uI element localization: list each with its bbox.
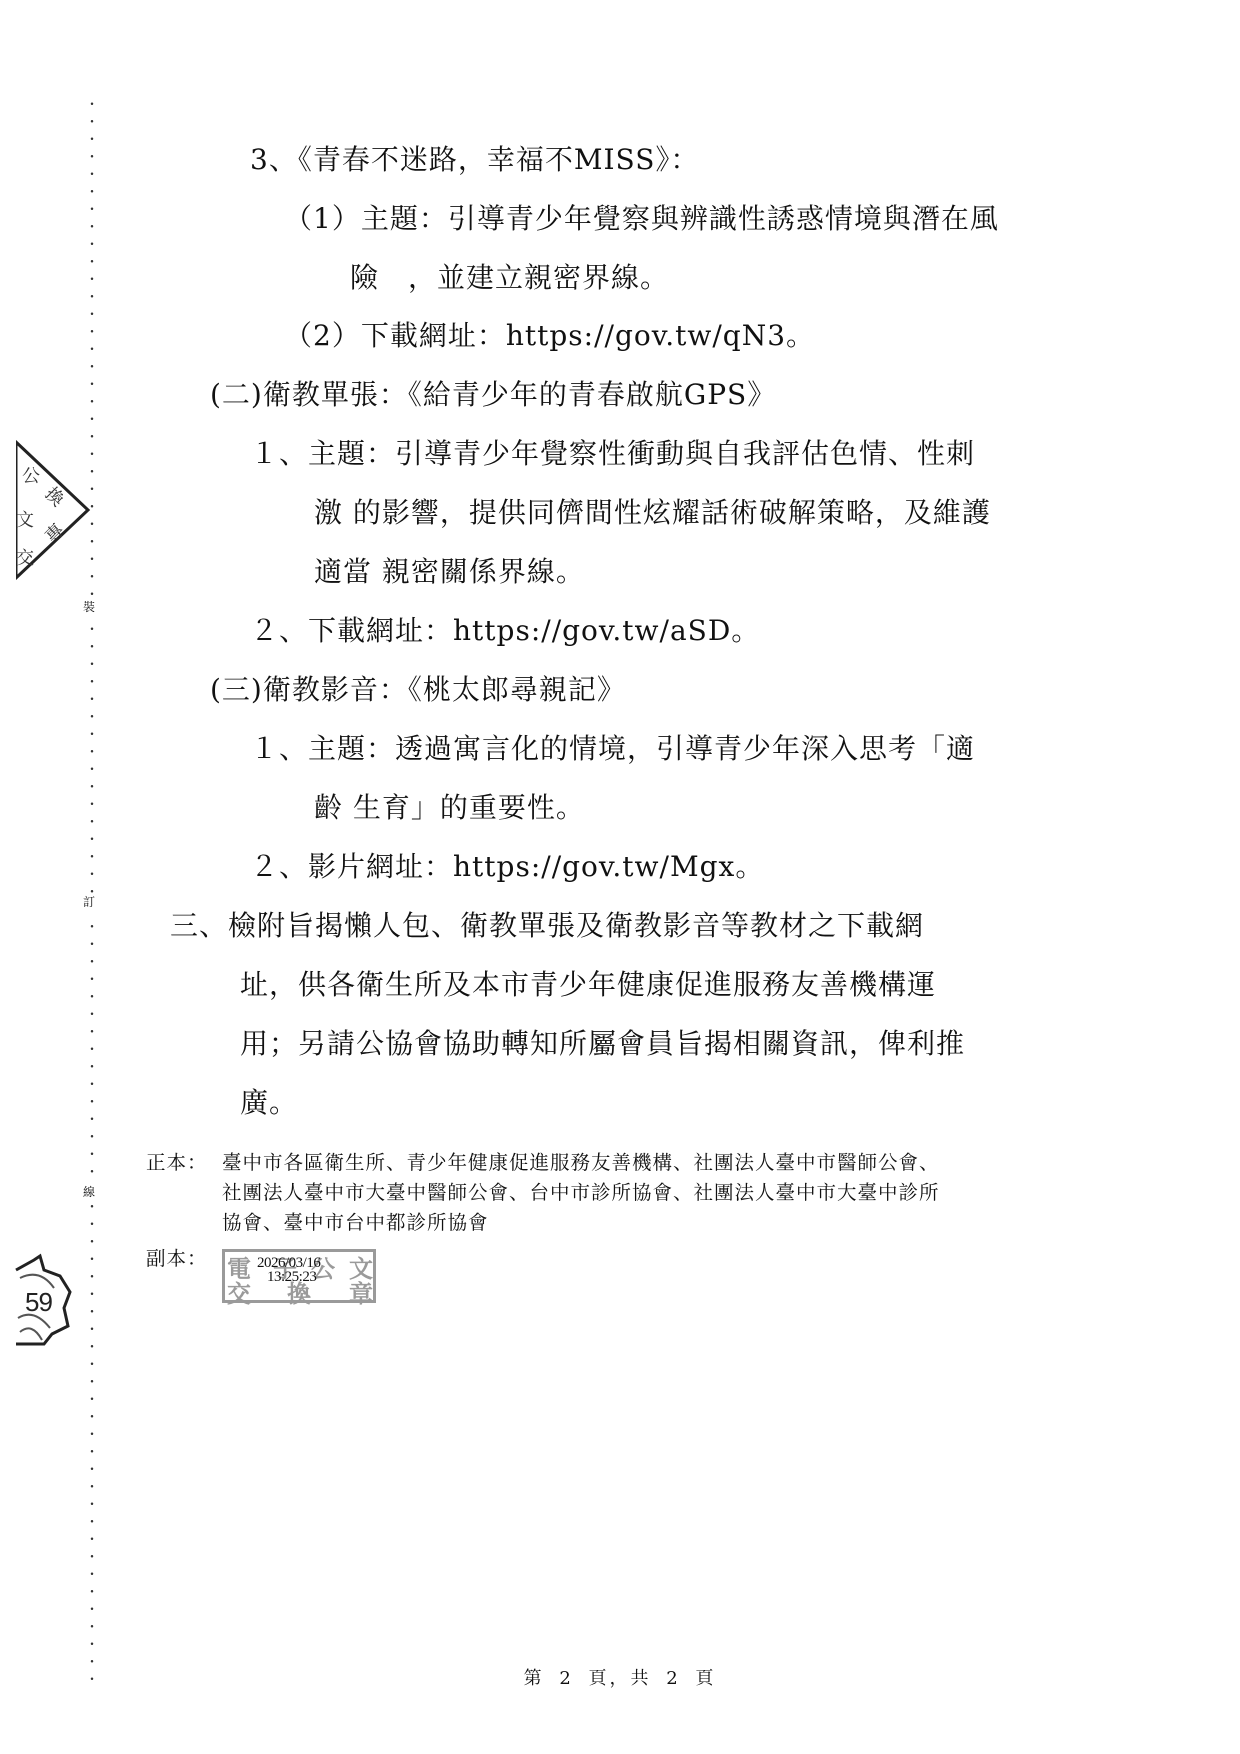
- section3-item1-line2: 齡 生育」的重要性。: [314, 790, 585, 826]
- section2-item1-line2: 激 的影響，提供同儕間性炫耀話術破解策略，及維護: [314, 495, 991, 531]
- item3-sub1-line2: 險 ，並建立親密界線。: [350, 260, 669, 296]
- binding-label-zhuang: 裝: [83, 598, 95, 616]
- section2-item1-line1: １、主題：引導青少年覺察性衝動與自我評估色情、性刺: [250, 436, 975, 472]
- item3-sub1-line1: （1）主題：引導青少年覺察與辨識性誘惑情境與潛在風: [284, 201, 999, 237]
- binding-dotted-line: [88, 95, 96, 1685]
- section2-item1-line3: 適當 親密關係界線。: [314, 554, 585, 590]
- section2-item2-download-url: ２、下載網址：https://gov.tw/aSD。: [250, 613, 760, 649]
- section2-title: (二)衛教單張：《給青少年的青春啟航GPS》: [210, 377, 776, 413]
- item3-title: 3、《青春不迷路，幸福不MISS》：: [250, 142, 699, 178]
- svg-text:公: 公: [22, 466, 40, 487]
- svg-text:交: 交: [16, 548, 34, 569]
- section3-item1-line1: １、主題：透過寓言化的情境，引導青少年深入思考「適: [250, 731, 975, 767]
- paragraph3-line2: 址，供各衛生所及本市青少年健康促進服務友善機構運: [240, 967, 936, 1003]
- seal-number: 59: [25, 1287, 52, 1318]
- copy-recipients-label: 副本：: [146, 1246, 208, 1272]
- electronic-exchange-stamp: 電 子 公 文 交 換 章 2026/03/16 13:25:23: [222, 1249, 376, 1303]
- stamp-time: 13:25:23: [267, 1269, 316, 1286]
- paragraph3-line1: 三、檢附旨揭懶人包、衛教單張及衛教影音等教材之下載網: [170, 908, 924, 944]
- original-recipients-line3: 協會、臺中市台中都診所協會: [222, 1210, 489, 1236]
- section3-title: (三)衛教影音：《桃太郎尋親記》: [210, 672, 626, 708]
- svg-text:專: 專: [41, 520, 69, 548]
- binding-label-ding: 訂: [83, 893, 95, 911]
- section3-item2-video-url: ２、影片網址：https://gov.tw/Mgx。: [250, 849, 764, 885]
- stamp-char: 交: [227, 1274, 251, 1309]
- svg-text:文: 文: [16, 510, 34, 531]
- item3-sub2-download-url: （2）下載網址：https://gov.tw/qN3。: [284, 318, 815, 354]
- original-recipients-line1: 臺中市各區衛生所、青少年健康促進服務友善機構、社團法人臺中市醫師公會、: [222, 1150, 940, 1176]
- original-recipients-line2: 社團法人臺中市大臺中醫師公會、台中市診所協會、社團法人臺中市大臺中診所: [222, 1180, 940, 1206]
- page-number-footer: 第 2 頁，共 2 頁: [0, 1664, 1240, 1690]
- paragraph3-line3: 用；另請公協會協助轉知所屬會員旨揭相關資訊，俾利推: [240, 1026, 965, 1062]
- exchange-seal-icon: 公 換 文 專 交: [16, 440, 96, 580]
- paragraph3-line4: 廣。: [240, 1085, 298, 1121]
- binding-label-xian: 線: [83, 1183, 95, 1201]
- stamp-char: 章: [349, 1274, 373, 1309]
- original-recipients-label: 正本：: [146, 1150, 208, 1176]
